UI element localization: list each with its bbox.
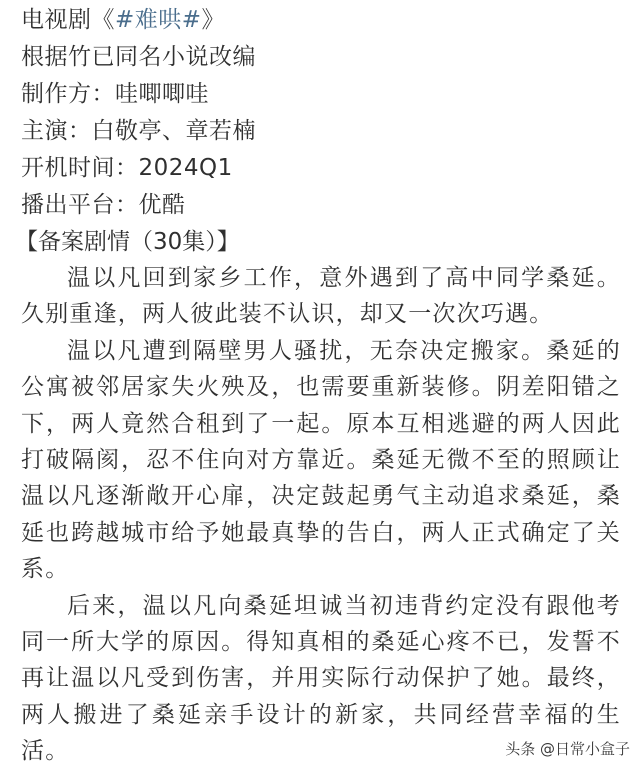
synopsis-paragraph-1: 温以凡回到家乡工作，意外遇到了高中同学桑延。久别重逢，两人彼此装不认识，却又一次… xyxy=(21,260,621,333)
watermark: 头条 @日常小盒子 xyxy=(505,738,630,759)
title-prefix: 电视剧《 xyxy=(21,7,115,33)
platform-line: 播出平台：优酷 xyxy=(21,187,621,224)
hashtag-link[interactable]: #难哄# xyxy=(115,7,202,33)
source-novel-line: 根据竹已同名小说改编 xyxy=(21,39,621,76)
section-heading: 【备案剧情（30集）】 xyxy=(15,224,621,260)
synopsis-paragraph-2: 温以凡遭到隔壁男人骚扰，无奈决定搬家。桑延的公寓被邻居家失火殃及，也需要重新装修… xyxy=(21,333,621,588)
producer-line: 制作方：哇唧唧哇 xyxy=(21,76,621,113)
drama-title-line: 电视剧《#难哄#》 xyxy=(21,2,621,39)
filming-time-line: 开机时间：2024Q1 xyxy=(21,150,621,187)
title-suffix: 》 xyxy=(202,7,226,33)
post-body: 电视剧《#难哄#》 根据竹已同名小说改编 制作方：哇唧唧哇 主演：白敬亭、章若楠… xyxy=(21,2,621,770)
cast-line: 主演：白敬亭、章若楠 xyxy=(21,113,621,150)
